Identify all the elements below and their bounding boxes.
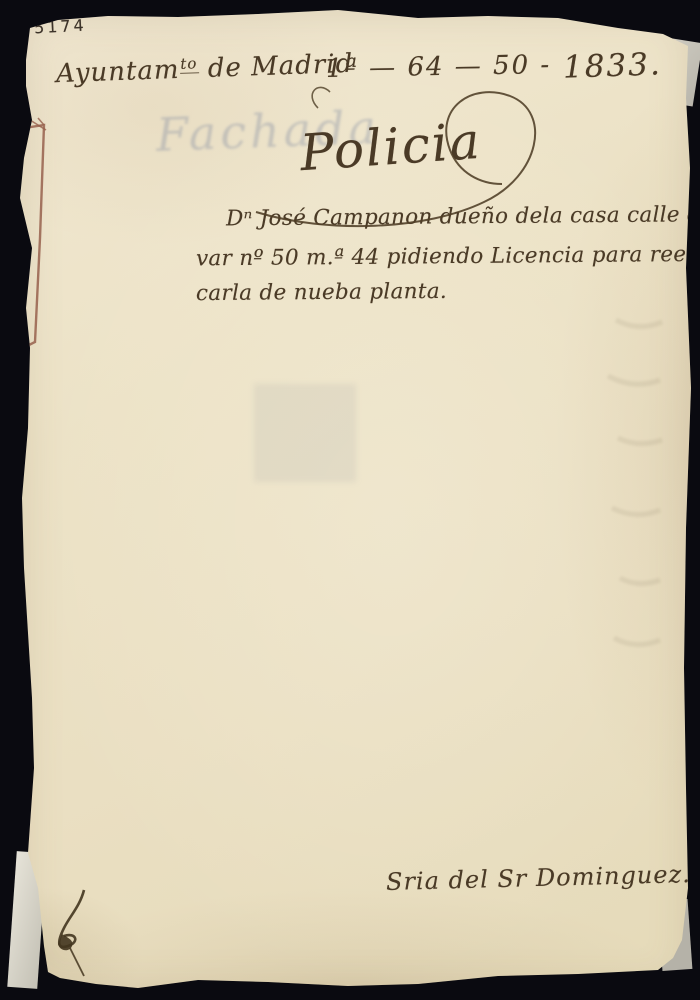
body-line-2: var nº 50 m.ª 44 pidiendo Licencia para …	[196, 242, 700, 272]
header-reference-numbers: 1ª — 64 — 50 -	[326, 50, 552, 84]
header-institution-main: Ayuntam	[56, 55, 180, 89]
archival-number: 5174	[34, 16, 88, 38]
body-line-1: Dⁿ José Campanon dueño dela casa calle d…	[226, 202, 700, 232]
verso-showthrough-strokes	[608, 320, 662, 645]
header-institution-superscript: to	[179, 54, 199, 74]
document-title: Policia	[298, 112, 483, 183]
secretary-signature: Sria del Sr Dominguez.	[386, 860, 691, 896]
body-line-3: carla de nueba planta.	[196, 279, 447, 306]
header-institution: Ayuntamto de Madrid	[56, 49, 354, 89]
document-page: 5174 Ayuntamto de Madrid 1ª — 64 — 50 - …	[18, 8, 694, 994]
archive-photo-background: 5174 Ayuntamto de Madrid 1ª — 64 — 50 - …	[0, 0, 700, 1000]
header-year: 1833.	[562, 46, 662, 85]
verso-showthrough-stamp	[254, 384, 356, 482]
